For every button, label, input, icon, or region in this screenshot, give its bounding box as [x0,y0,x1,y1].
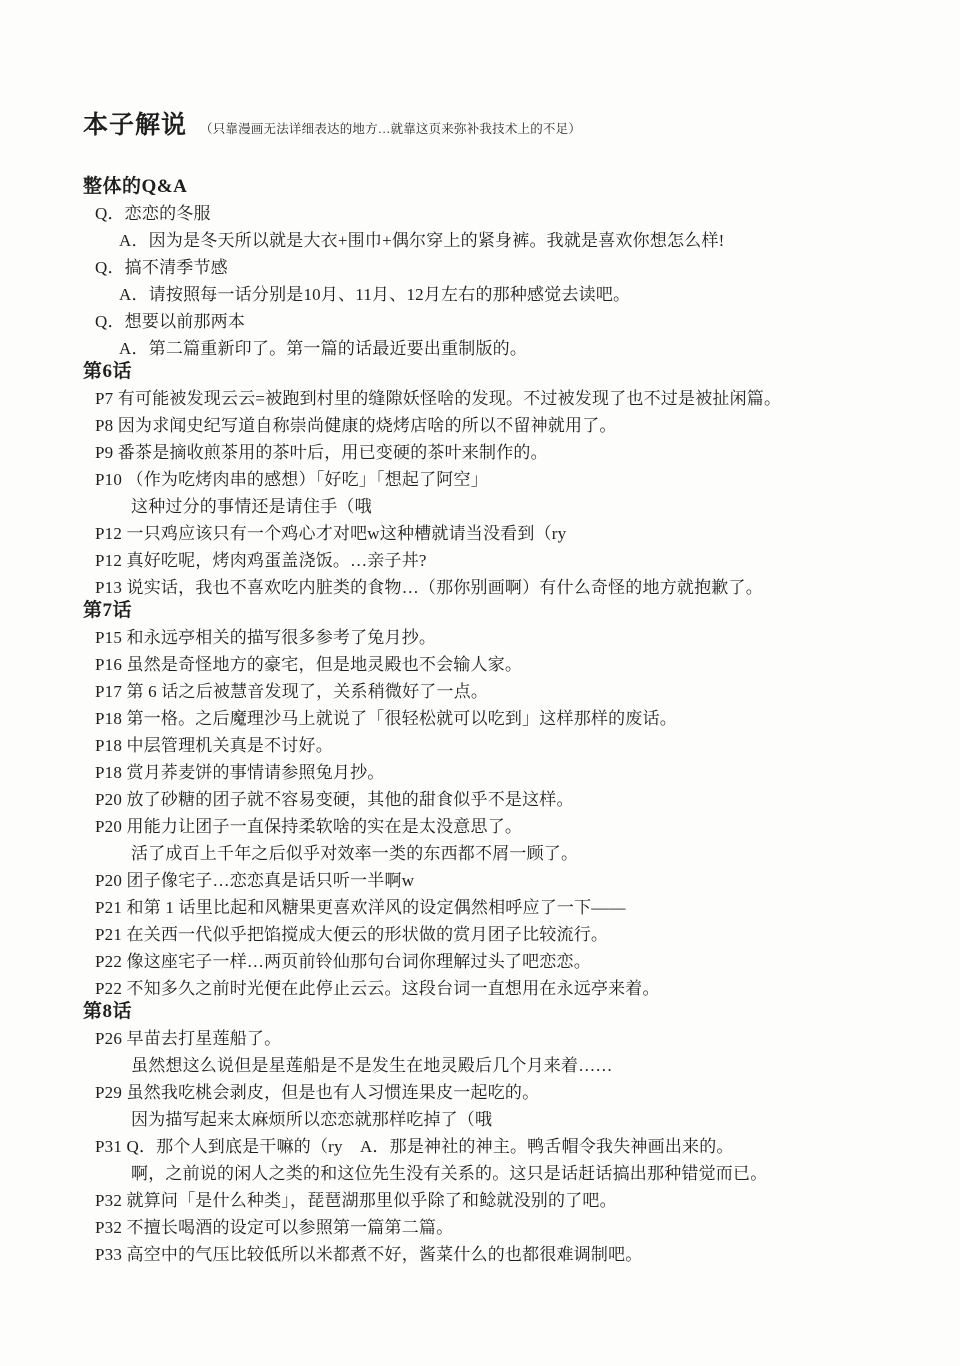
text-line: P17 第 6 话之后被慧音发现了，关系稍微好了一点。 [83,678,910,705]
text-line: P18 赏月荞麦饼的事情请参照兔月抄。 [83,759,910,786]
text-line: P7 有可能被发现云云=被跑到村里的缝隙妖怪啥的发现。不过被发现了也不过是被扯闲… [83,385,910,412]
text-line: A．因为是冬天所以就是大衣+围巾+偶尔穿上的紧身裤。我就是喜欢你想怎么样! [83,227,910,254]
text-line: 虽然想这么说但是星莲船是不是发生在地灵殿后几个月来着…… [83,1052,910,1079]
text-line: P12 真好吃呢，烤肉鸡蛋盖浇饭。…亲子丼? [83,547,910,574]
page-title: 本子解说 [83,112,187,140]
text-line: P12 一只鸡应该只有一个鸡心才对吧w这种槽就请当没看到（ry [83,520,910,547]
text-line: P21 和第 1 话里比起和风糖果更喜欢洋风的设定偶然相呼应了一下—— [83,894,910,921]
section-heading: 整体的Q&A [83,173,910,200]
text-line: P31 Q．那个人到底是干嘛的（ry A．那是神社的神主。鸭舌帽令我失神画出来的… [83,1133,910,1160]
text-line: P20 团子像宅子…恋恋真是话只听一半啊w [83,867,910,894]
text-line: P8 因为求闻史纪写道自称崇尚健康的烧烤店啥的所以不留神就用了。 [83,412,910,439]
text-line: Q．恋恋的冬服 [83,200,910,227]
text-line: Q．搞不清季节感 [83,254,910,281]
text-line: P32 不擅长喝酒的设定可以参照第一篇第二篇。 [83,1214,910,1241]
text-line: P33 高空中的气压比较低所以米都煮不好，酱菜什么的也都很难调制吧。 [83,1241,910,1268]
text-line: P29 虽然我吃桃会剥皮，但是也有人习惯连果皮一起吃的。 [83,1079,910,1106]
section-heading: 第7话 [83,597,910,624]
text-line: P20 用能力让团子一直保持柔软啥的实在是太没意思了。 [83,813,910,840]
text-line: P18 第一格。之后魔理沙马上就说了「很轻松就可以吃到」这样那样的废话。 [83,705,910,732]
text-line: P32 就算问「是什么种类」，琵琶湖那里似乎除了和鲶就没别的了吧。 [83,1187,910,1214]
text-line: P16 虽然是奇怪地方的豪宅，但是地灵殿也不会输人家。 [83,651,910,678]
text-line: 啊，之前说的闲人之类的和这位先生没有关系的。这只是话赶话搞出那种错觉而已。 [83,1160,910,1187]
section-heading: 第8话 [83,998,910,1025]
text-line: P22 像这座宅子一样…两页前铃仙那句台词你理解过头了吧恋恋。 [83,948,910,975]
text-line: 因为描写起来太麻烦所以恋恋就那样吃掉了（哦 [83,1106,910,1133]
document-page: 本子解说 （只靠漫画无法详细表达的地方…就靠这页来弥补我技术上的不足） 整体的Q… [0,0,960,1366]
text-line: P20 放了砂糖的团子就不容易变硬，其他的甜食似乎不是这样。 [83,786,910,813]
text-line: A．请按照每一话分别是10月、11月、12月左右的那种感觉去读吧。 [83,281,910,308]
text-line: 这种过分的事情还是请住手（哦 [83,493,910,520]
title-row: 本子解说 （只靠漫画无法详细表达的地方…就靠这页来弥补我技术上的不足） [83,112,910,140]
text-line: P26 早苗去打星莲船了。 [83,1025,910,1052]
sections-container: 整体的Q&AQ．恋恋的冬服A．因为是冬天所以就是大衣+围巾+偶尔穿上的紧身裤。我… [83,173,910,1268]
page-title-note: （只靠漫画无法详细表达的地方…就靠这页来弥补我技术上的不足） [200,119,581,137]
text-line: P21 在关西一代似乎把馅搅成大便云的形状做的赏月团子比较流行。 [83,921,910,948]
section-heading: 第6话 [83,358,910,385]
text-line: P9 番茶是摘收煎茶用的茶叶后，用已变硬的茶叶来制作的。 [83,439,910,466]
text-line: P10 （作为吃烤肉串的感想）「好吃」「想起了阿空」 [83,466,910,493]
text-line: P15 和永远亭相关的描写很多参考了兔月抄。 [83,624,910,651]
text-line: P18 中层管理机关真是不讨好。 [83,732,910,759]
text-line: 活了成百上千年之后似乎对效率一类的东西都不屑一顾了。 [83,840,910,867]
text-line: Q．想要以前那两本 [83,308,910,335]
